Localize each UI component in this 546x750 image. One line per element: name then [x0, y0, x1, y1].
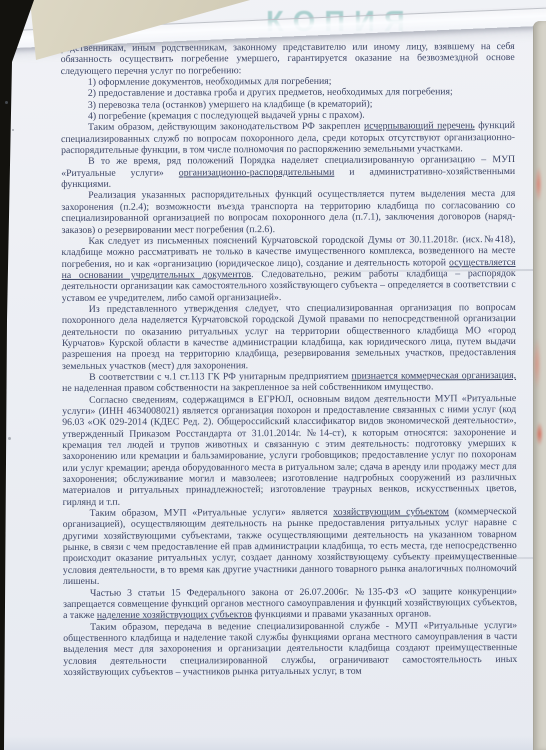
text-run: родственникам, иным родственникам, закон…	[61, 41, 515, 77]
paragraph-6: Таким образом, действующим законодательс…	[61, 120, 515, 156]
paragraph-9: Как следует из письменных пояснений Курч…	[61, 234, 515, 304]
underlined-text: наделение хозяйствующих субъектов	[97, 609, 252, 621]
underlined-text: исчерпывающий перечень	[364, 121, 475, 132]
text-run: В соответствии с ч.1 ст.113 ГК РФ унитар…	[89, 371, 351, 383]
paragraph-13: Таким образом, МУП «Ритуальные услуги» я…	[63, 506, 517, 587]
text-run: 3) перевозка тела (останков) умершего на…	[88, 98, 373, 110]
text-run: функциями и правами указанных органов.	[252, 609, 431, 621]
text-run: Таким образом, действующим законодательс…	[88, 121, 364, 133]
text-run: 4) погребение (кремация с последующей вы…	[88, 110, 365, 122]
text-run: Таким образом, МУП «Ритуальные услуги» я…	[90, 507, 334, 519]
scan-speck	[8, 437, 11, 440]
text-run: Как следует из письменных пояснений Курч…	[62, 234, 516, 270]
document-text: родственникам, иным родственникам, закон…	[61, 41, 518, 678]
underlined-text: хозяйствующим субъектом	[333, 506, 449, 518]
scanned-document-page: КОПИЯ родственникам, иным родственникам,…	[0, 0, 546, 750]
text-run: Таким образом, передача в ведение специа…	[63, 620, 517, 678]
paragraph-10: Из представленного утверждения следует, …	[62, 302, 516, 372]
red-pen-mark	[533, 338, 541, 390]
paragraph-7: В то же время, ряд положений Порядка над…	[61, 154, 515, 190]
red-pen-mark	[535, 166, 542, 202]
text-run: Согласно сведениям, содержащимся в ЕГРЮЛ…	[62, 393, 516, 508]
red-pen-mark	[536, 422, 543, 446]
scanner-black-edge	[0, 0, 40, 750]
paragraph-1: родственникам, иным родственникам, закон…	[61, 41, 515, 77]
text-run: 2) предоставление и доставка гроба и дру…	[88, 87, 453, 100]
paragraph-11: В соответствии с ч.1 ст.113 ГК РФ унитар…	[62, 370, 516, 395]
paragraph-8: Реализация указанных распорядительных фу…	[61, 188, 515, 235]
paragraph-12: Согласно сведениям, содержащимся в ЕГРЮЛ…	[62, 393, 516, 508]
text-run: Реализация указанных распорядительных фу…	[61, 188, 515, 235]
underlined-text: признается коммерческая организация,	[351, 370, 516, 382]
text-run: Из представленного утверждения следует, …	[62, 302, 516, 372]
paragraph-14: Частью 3 статьи 15 Федерального закона о…	[63, 586, 517, 622]
text-run: 1) оформление документов, необходимых дл…	[88, 76, 332, 88]
text-run: (коммерческой организацией), осуществляю…	[63, 506, 517, 587]
paragraph-15: Таким образом, передача в ведение специа…	[63, 620, 517, 679]
scan-speck	[5, 101, 8, 104]
bottom-edge-shade	[0, 736, 546, 750]
paragraph-3: 2) предоставление и доставка гроба и дру…	[61, 86, 515, 99]
underlined-text: организационно-распорядительными	[179, 167, 335, 179]
scan-speck	[12, 129, 14, 131]
